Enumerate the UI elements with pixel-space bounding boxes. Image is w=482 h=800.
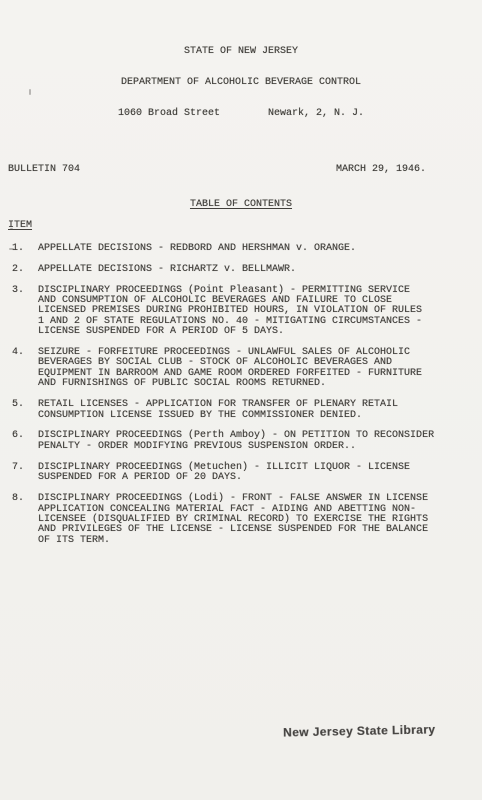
document-page: STATE OF NEW JERSEY DEPARTMENT OF ALCOHO… [0, 0, 482, 800]
bulletin-number: BULLETIN 704 [8, 165, 80, 175]
letterhead-state-line: STATE OF NEW JERSEY [0, 47, 482, 57]
toc-item-4: 4. SEIZURE - FORFEITURE PROCEEDINGS - UN… [0, 348, 482, 390]
toc-item-text: SEIZURE - FORFEITURE PROCEEDINGS - UNLAW… [38, 348, 482, 390]
toc-item-2: 2. APPELLATE DECISIONS - RICHARTZ v. BEL… [0, 265, 482, 275]
toc-item-text: DISCIPLINARY PROCEEDINGS (Perth Amboy) -… [38, 431, 482, 452]
letterhead-department-line: DEPARTMENT OF ALCOHOLIC BEVERAGE CONTROL [0, 78, 482, 88]
toc-item-3: 3. DISCIPLINARY PROCEEDINGS (Point Pleas… [0, 286, 482, 338]
toc-item-text: APPELLATE DECISIONS - RICHARTZ v. BELLMA… [38, 265, 482, 275]
toc-item-text: DISCIPLINARY PROCEEDINGS (Metuchen) - IL… [38, 463, 482, 484]
toc-item-7: 7. DISCIPLINARY PROCEEDINGS (Metuchen) -… [0, 463, 482, 484]
bulletin-date: MARCH 29, 1946. [336, 165, 426, 175]
library-stamp: New Jersey State Library [283, 724, 436, 738]
toc-item-text: RETAIL LICENSES - APPLICATION FOR TRANSF… [38, 400, 482, 421]
scan-artifact [29, 89, 31, 95]
bulletin-row: BULLETIN 704 MARCH 29, 1946. [0, 165, 482, 175]
scan-artifact [9, 248, 14, 250]
toc-title: TABLE OF CONTENTS [0, 200, 482, 210]
toc-item-list: 1. APPELLATE DECISIONS - REDBORD AND HER… [0, 244, 482, 546]
toc-item-number: 1. [0, 244, 38, 254]
letterhead-address-line: 1060 Broad Street Newark, 2, N. J. [0, 109, 482, 119]
toc-item-1: 1. APPELLATE DECISIONS - REDBORD AND HER… [0, 244, 482, 254]
toc-item-number: 3. [0, 286, 38, 338]
item-column-header: ITEM [0, 221, 32, 231]
toc-item-6: 6. DISCIPLINARY PROCEEDINGS (Perth Amboy… [0, 431, 482, 452]
letterhead: STATE OF NEW JERSEY DEPARTMENT OF ALCOHO… [0, 0, 482, 140]
toc-item-number: 2. [0, 265, 38, 275]
toc-item-number: 5. [0, 400, 38, 421]
toc-item-text: DISCIPLINARY PROCEEDINGS (Lodi) - FRONT … [38, 494, 482, 546]
toc-item-number: 6. [0, 431, 38, 452]
toc-item-number: 7. [0, 463, 38, 484]
toc-item-number: 4. [0, 348, 38, 390]
toc-item-text: APPELLATE DECISIONS - REDBORD AND HERSHM… [38, 244, 482, 254]
toc-item-5: 5. RETAIL LICENSES - APPLICATION FOR TRA… [0, 400, 482, 421]
toc-item-text: DISCIPLINARY PROCEEDINGS (Point Pleasant… [38, 286, 482, 338]
toc-item-number: 8. [0, 494, 38, 546]
toc-item-8: 8. DISCIPLINARY PROCEEDINGS (Lodi) - FRO… [0, 494, 482, 546]
scan-artifact [10, 228, 13, 230]
